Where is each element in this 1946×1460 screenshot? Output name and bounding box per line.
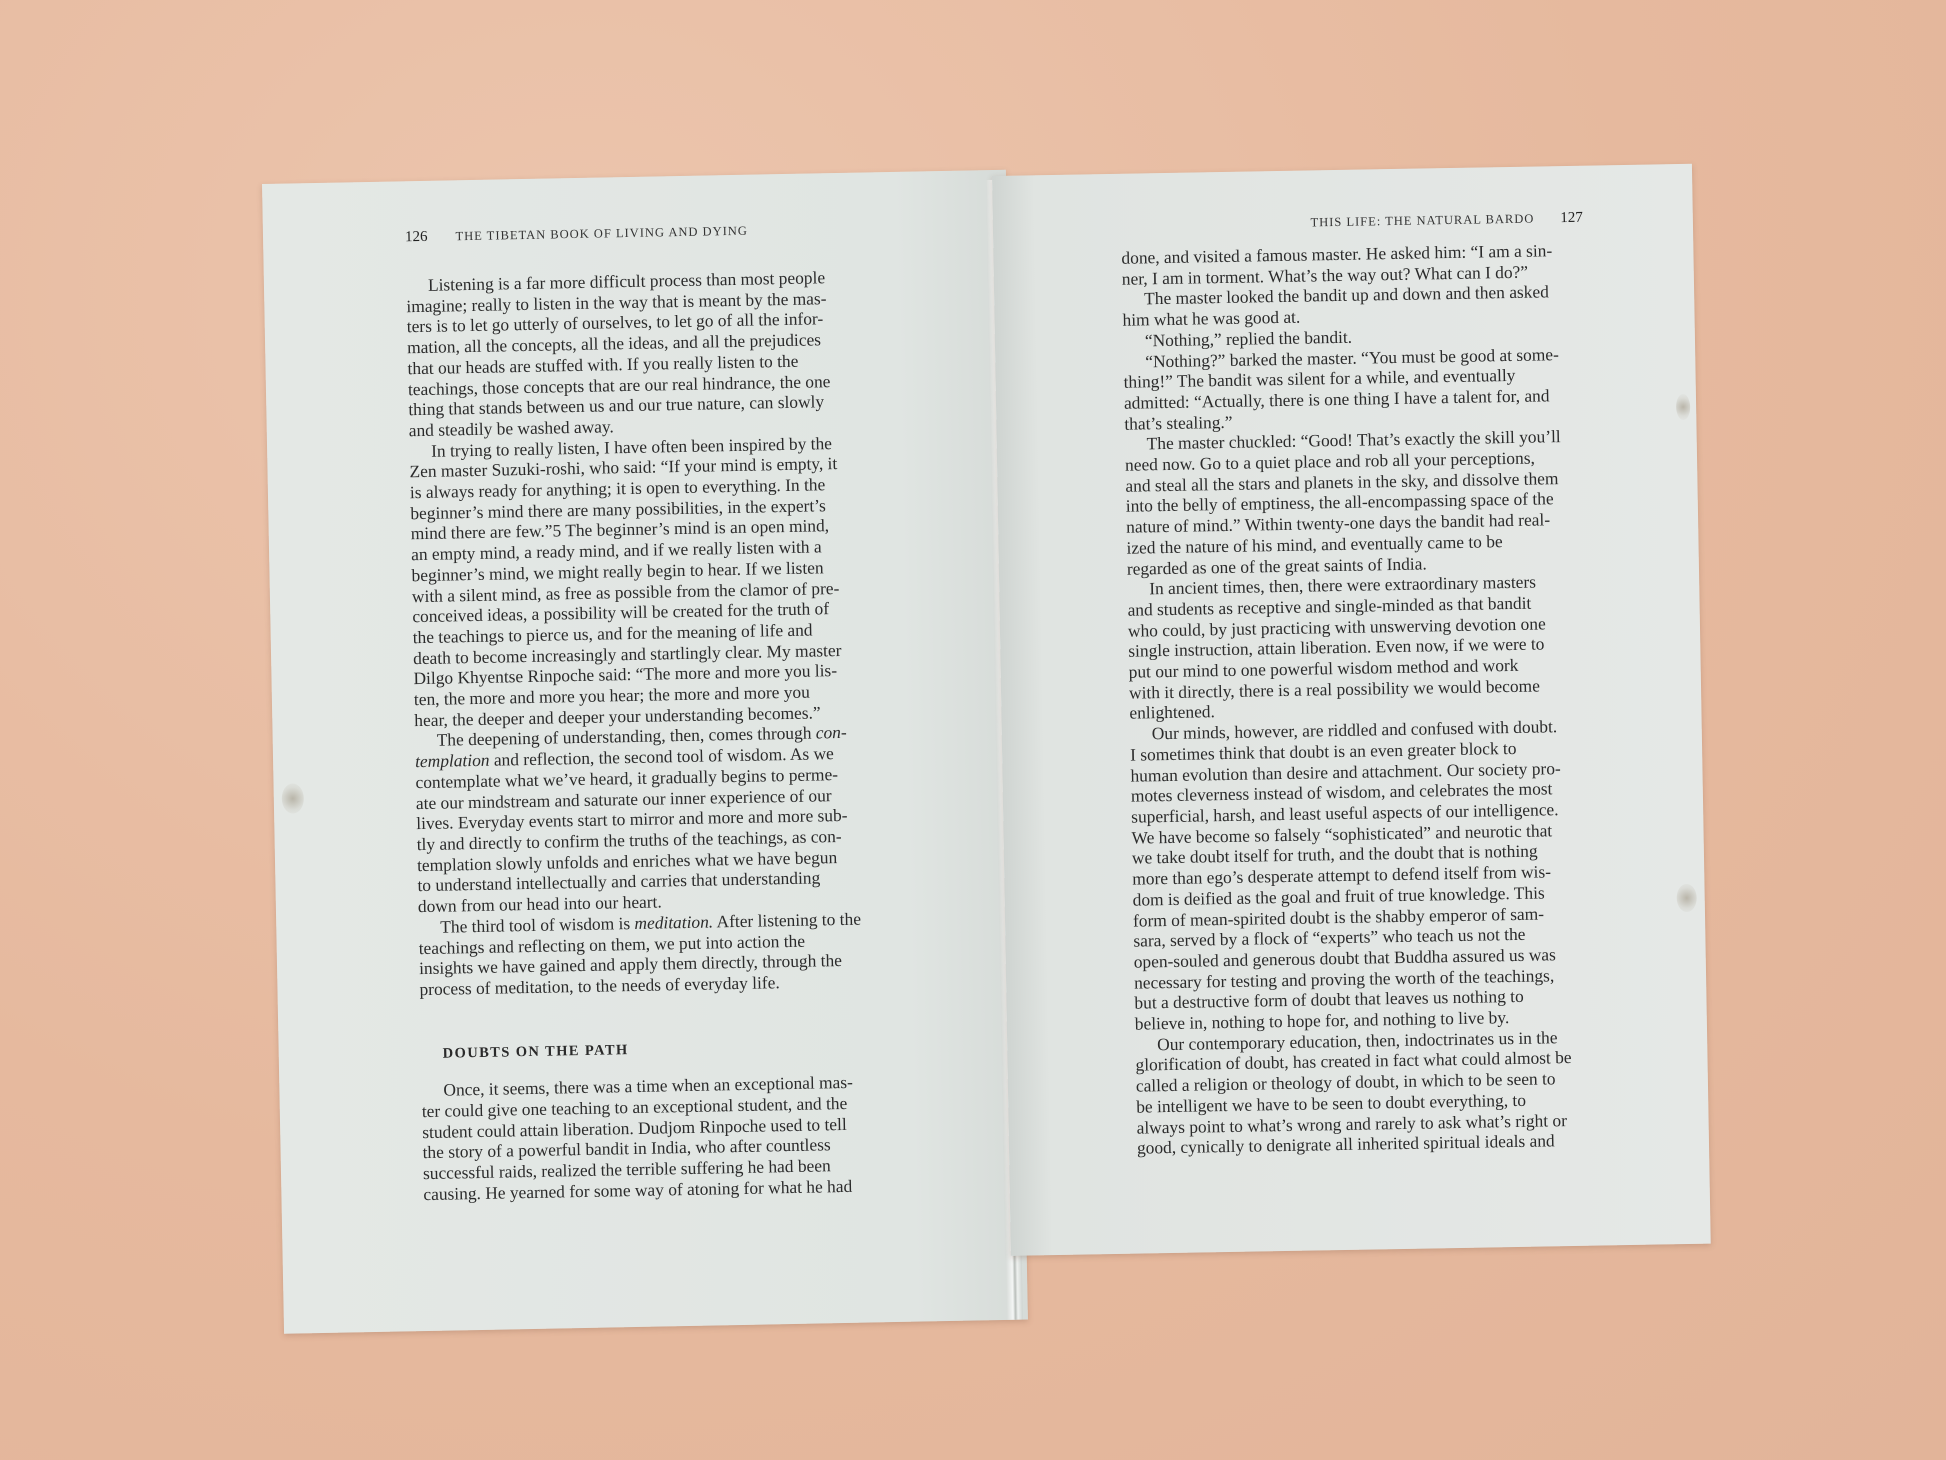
paragraph: The deepening of understanding, then, co…	[415, 722, 888, 917]
paragraph: Our minds, however, are riddled and conf…	[1130, 716, 1587, 1034]
open-book: 126THE TIBETAN BOOK OF LIVING AND DYING …	[258, 176, 1698, 1336]
paragraph: In ancient times, then, there were extra…	[1127, 571, 1581, 724]
paragraph: Once, it seems, there was a time when an…	[421, 1071, 893, 1204]
book-title: THE TIBETAN BOOK OF LIVING AND DYING	[455, 224, 748, 244]
right-running-head: THIS LIFE: THE NATURAL BARDO127	[1310, 210, 1583, 232]
paragraph: Our contemporary education, then, indoct…	[1135, 1026, 1589, 1158]
page-number: 127	[1560, 210, 1583, 226]
right-page: THIS LIFE: THE NATURAL BARDO127 done, an…	[992, 164, 1711, 1256]
section-heading: DOUBTS ON THE PATH	[443, 1035, 891, 1064]
right-body-text: done, and visited a famous master. He as…	[1121, 240, 1589, 1159]
paragraph: The master chuckled: “Good! That’s exact…	[1125, 426, 1579, 579]
left-body-text: Listening is a far more difficult proces…	[406, 266, 894, 1204]
left-page: 126THE TIBETAN BOOK OF LIVING AND DYING …	[262, 170, 1028, 1334]
paragraph: Listening is a far more difficult proces…	[406, 266, 879, 441]
page-stain	[1676, 394, 1690, 420]
page-number: 126	[405, 229, 428, 245]
paragraph: “Nothing?” barked the master. “You must …	[1123, 343, 1576, 434]
paragraph: The third tool of wisdom is meditation. …	[418, 908, 890, 1000]
page-stain	[1676, 884, 1696, 912]
page-stain	[282, 783, 305, 813]
chapter-title: THIS LIFE: THE NATURAL BARDO	[1310, 212, 1534, 230]
left-running-head: 126THE TIBETAN BOOK OF LIVING AND DYING	[405, 223, 748, 247]
paragraph: In trying to really listen, I have often…	[409, 432, 884, 731]
